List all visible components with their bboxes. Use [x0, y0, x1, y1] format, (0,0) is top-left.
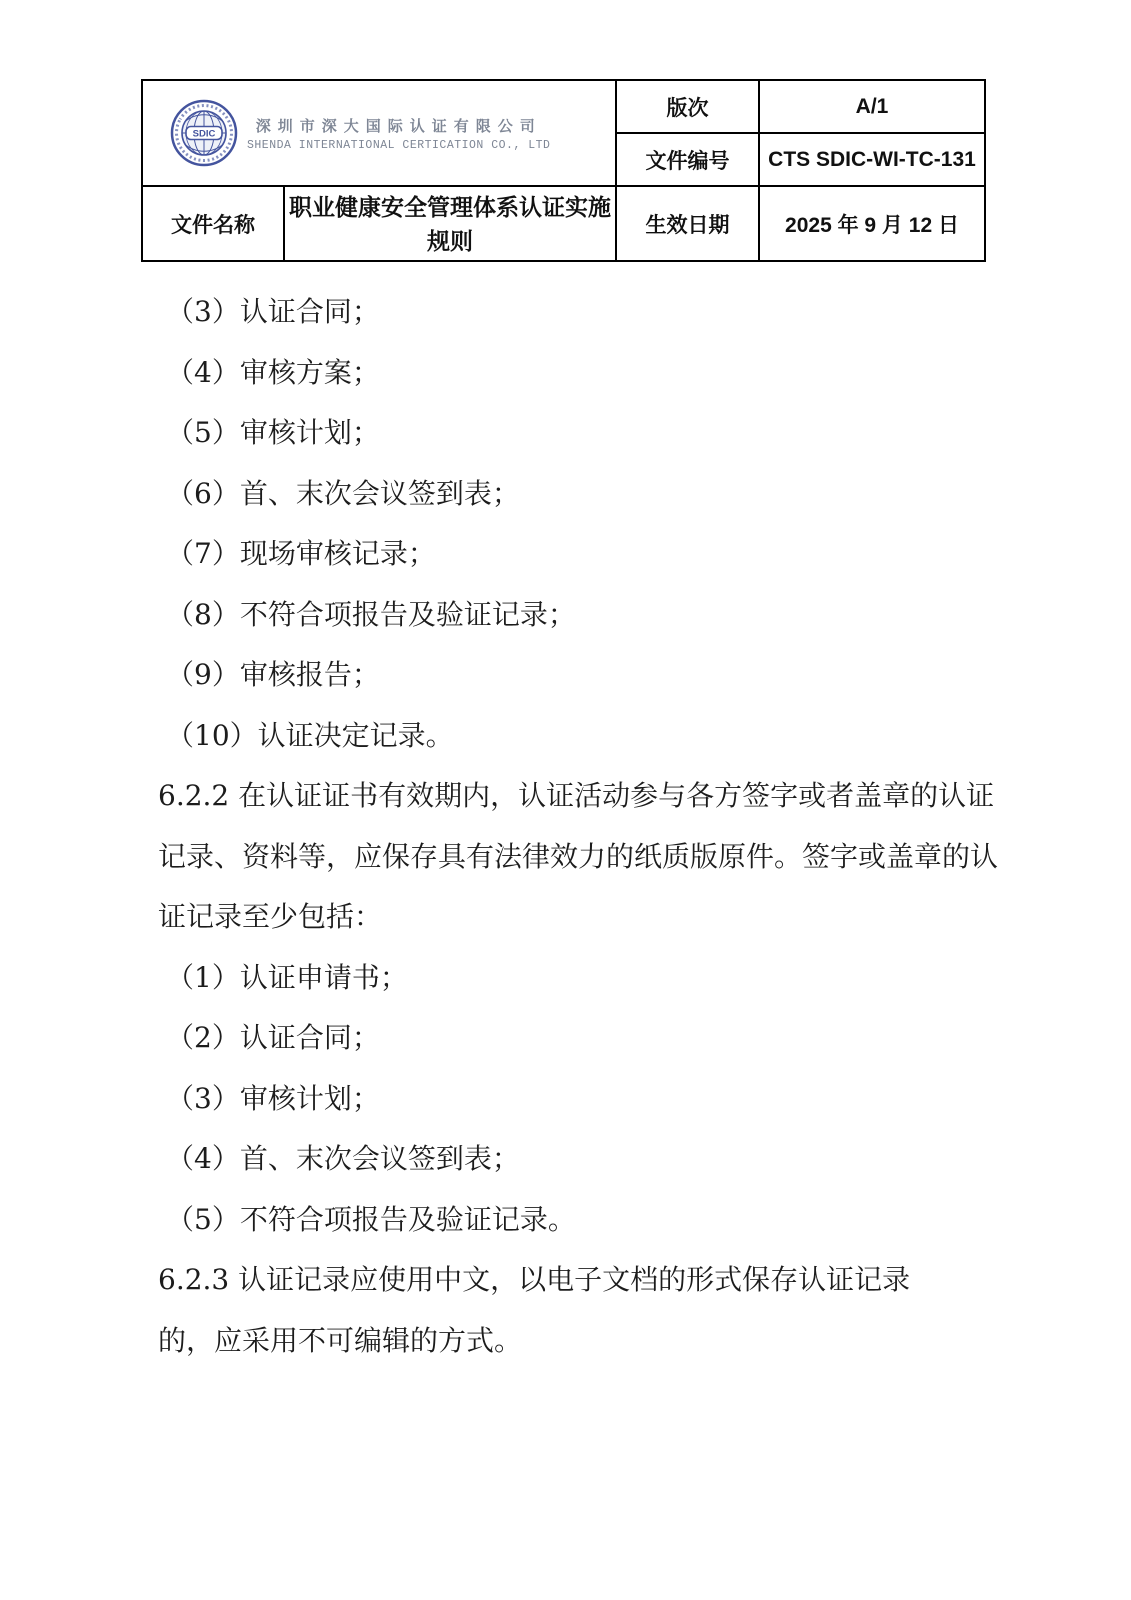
body-line: （1）认证申请书； [158, 946, 1091, 1007]
body-line: （8）不符合项报告及验证记录； [158, 583, 1091, 644]
company-logo-icon: SDIC [169, 92, 239, 174]
logo-text: SDIC [193, 129, 216, 140]
body-line: 的，应采用不可编辑的方式。 [158, 1309, 1091, 1370]
doc-number-label: 文件编号 [617, 134, 760, 187]
body-line: 证记录至少包括： [158, 885, 1091, 946]
body-line: （4）审核方案； [158, 341, 1091, 402]
company-header-cell: SDIC 深圳市深大国际认证有限公司 SHENDA INTERNATIONAL … [143, 81, 617, 187]
body-line: （9）审核报告； [158, 643, 1091, 704]
company-names: 深圳市深大国际认证有限公司 SHENDA INTERNATIONAL CERTI… [247, 115, 550, 152]
body-line: （6）首、末次会议签到表； [158, 462, 1091, 523]
body-line: （3）认证合同； [158, 280, 1091, 341]
header-table: SDIC 深圳市深大国际认证有限公司 SHENDA INTERNATIONAL … [141, 79, 986, 262]
document-page: SDIC 深圳市深大国际认证有限公司 SHENDA INTERNATIONAL … [0, 0, 1131, 1600]
body-line: （3）审核计划； [158, 1067, 1091, 1128]
version-label: 版次 [617, 81, 760, 134]
doc-name-value: 职业健康安全管理体系认证实施规则 [285, 187, 617, 260]
doc-name-label: 文件名称 [143, 187, 285, 260]
company-name-en: SHENDA INTERNATIONAL CERTICATION CO., LT… [247, 139, 550, 152]
body-line: （5）审核计划； [158, 401, 1091, 462]
body-line: （5）不符合项报告及验证记录。 [158, 1188, 1091, 1249]
doc-number-value: CTS SDIC-WI-TC-131 [760, 134, 984, 187]
company-name-cn: 深圳市深大国际认证有限公司 [247, 115, 550, 136]
body-line: 记录、资料等，应保存具有法律效力的纸质版原件。签字或盖章的认 [158, 825, 1091, 886]
body-line: （7）现场审核记录； [158, 522, 1091, 583]
body-line: 6.2.3 认证记录应使用中文，以电子文档的形式保存认证记录 [158, 1248, 1091, 1309]
body-line: （2）认证合同； [158, 1006, 1091, 1067]
body-line: （4）首、末次会议签到表； [158, 1127, 1091, 1188]
effective-date-value: 2025 年 9 月 12 日 [760, 187, 984, 260]
document-body: （3）认证合同； （4）审核方案； （5）审核计划； （6）首、末次会议签到表；… [158, 280, 1091, 1369]
effective-date-label: 生效日期 [617, 187, 760, 260]
version-value: A/1 [760, 81, 984, 134]
body-line: 6.2.2 在认证证书有效期内，认证活动参与各方签字或者盖章的认证 [158, 764, 1091, 825]
body-line: （10）认证决定记录。 [158, 704, 1091, 765]
